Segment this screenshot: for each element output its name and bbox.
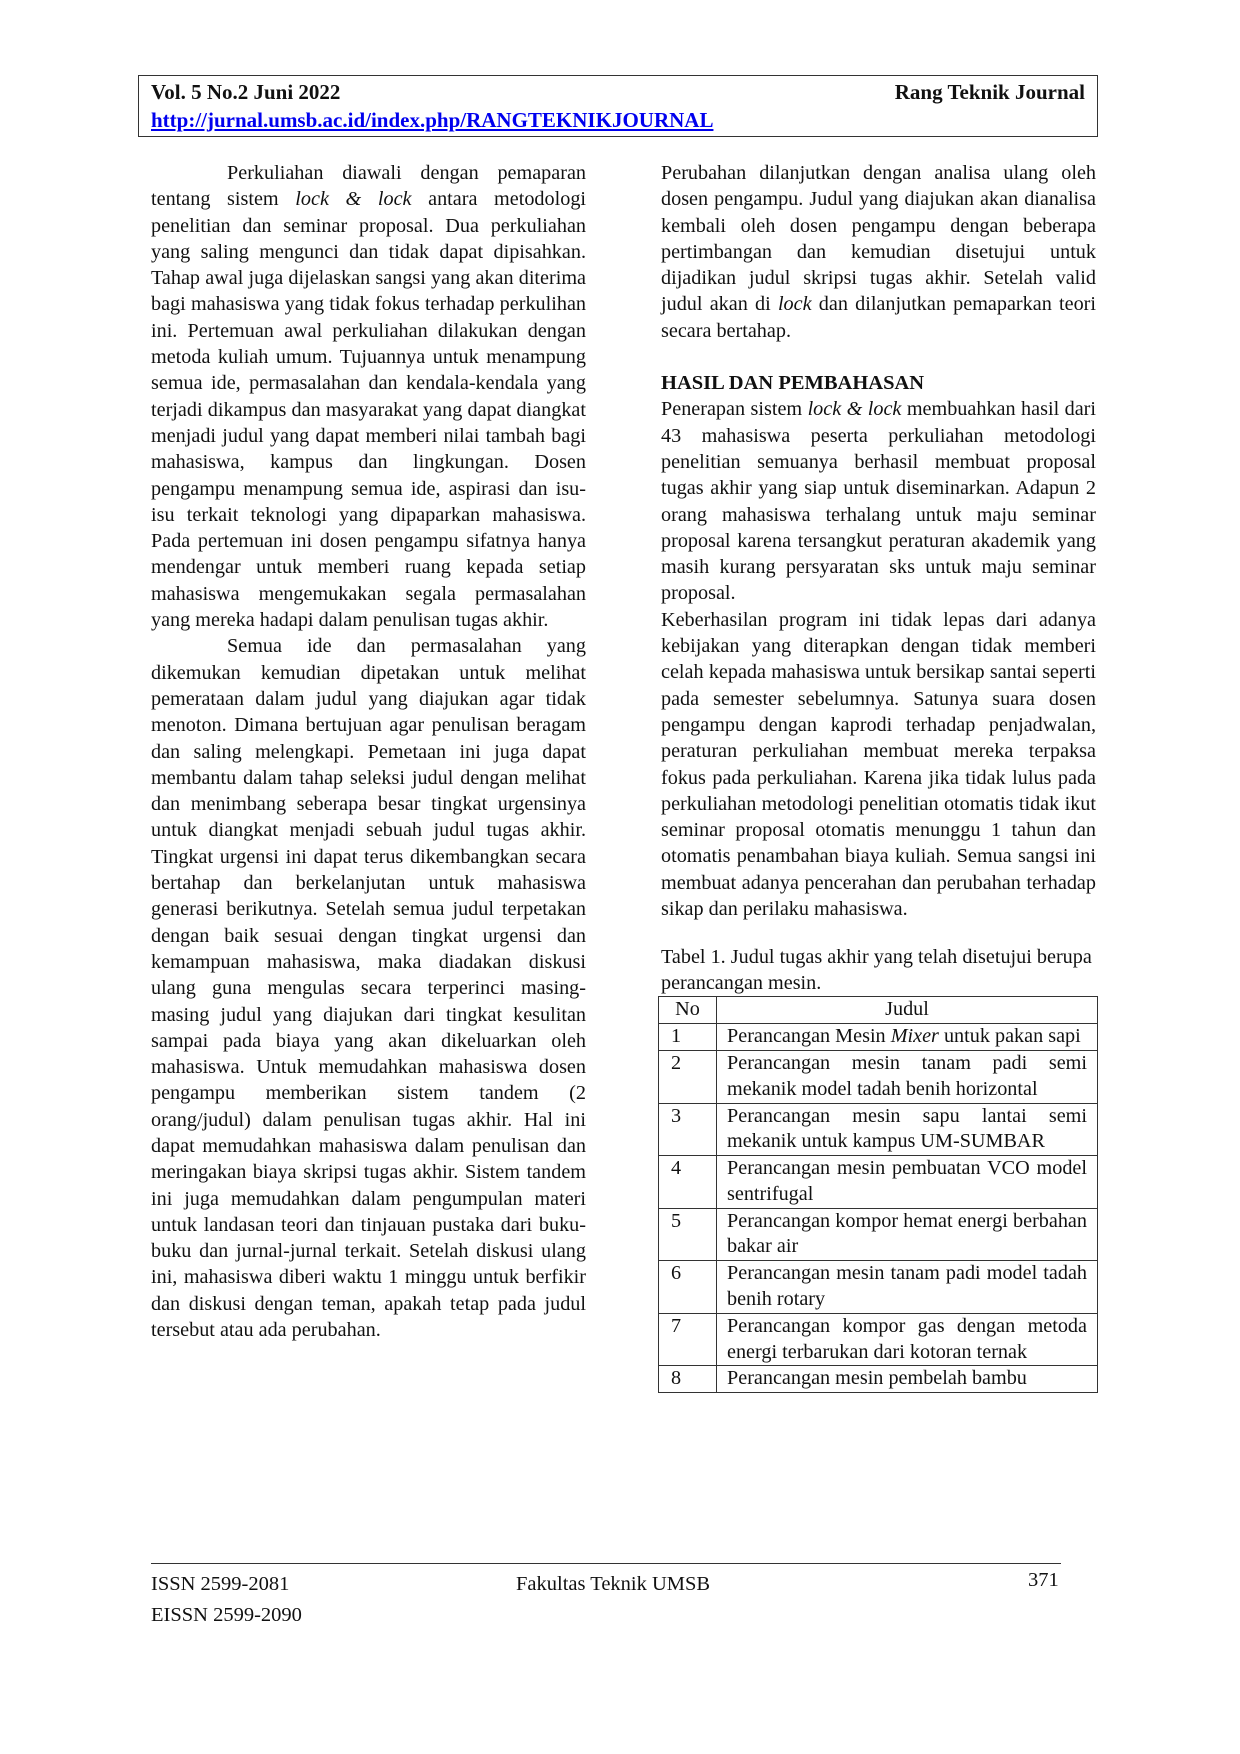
row-title: Perancangan kompor hemat energi berbahan… bbox=[717, 1208, 1098, 1261]
row-number: 1 bbox=[659, 1024, 717, 1051]
column-header-no: No bbox=[659, 997, 717, 1024]
table-row: 2 Perancangan mesin tanam padi semi meka… bbox=[659, 1050, 1098, 1103]
row-title: Perancangan mesin pembuatan VCO model se… bbox=[717, 1156, 1098, 1209]
paragraph-mapping: Semua ide dan permasalahan yang dikemuka… bbox=[151, 633, 586, 1343]
paragraph-intro: Perkuliahan diawali dengan pemaparan ten… bbox=[151, 160, 586, 633]
spacer bbox=[661, 344, 1096, 370]
table-caption: Tabel 1. Judul tugas akhir yang telah di… bbox=[661, 944, 1096, 996]
italic-term: lock bbox=[778, 293, 812, 315]
spacer bbox=[661, 922, 1096, 944]
row-title: Perancangan mesin sapu lantai semi mekan… bbox=[717, 1103, 1098, 1156]
row-title: Perancangan mesin pembelah bambu bbox=[717, 1366, 1098, 1393]
row-title: Perancangan mesin tanam padi semi mekani… bbox=[717, 1050, 1098, 1103]
journal-name: Rang Teknik Journal bbox=[895, 78, 1085, 106]
volume-info: Vol. 5 No.2 Juni 2022 bbox=[151, 78, 340, 106]
section-heading-results: HASIL DAN PEMBAHASAN bbox=[661, 370, 1096, 396]
header-top-row: Vol. 5 No.2 Juni 2022 Rang Teknik Journa… bbox=[151, 78, 1085, 106]
journal-url-link[interactable]: http://jurnal.umsb.ac.id/index.php/RANGT… bbox=[151, 108, 713, 132]
paragraph-analysis: Perubahan dilanjutkan dengan analisa ula… bbox=[661, 160, 1096, 344]
row-number: 8 bbox=[659, 1366, 717, 1393]
row-title: Perancangan Mesin Mixer untuk pakan sapi bbox=[717, 1024, 1098, 1051]
table-row: 7 Perancangan kompor gas dengan metoda e… bbox=[659, 1313, 1098, 1366]
text-run: Penerapan sistem bbox=[661, 398, 808, 420]
paragraph-success: Keberhasilan program ini tidak lepas dar… bbox=[661, 607, 1096, 923]
footer-issn: ISSN 2599-2081 bbox=[151, 1571, 289, 1597]
table-header-row: No Judul bbox=[659, 997, 1098, 1024]
paragraph-results: Penerapan sistem lock & lock membuahkan … bbox=[661, 396, 1096, 606]
text-run: membuahkan hasil dari 43 mahasiswa peser… bbox=[661, 398, 1096, 604]
text-run: antara metodologi penelitian dan seminar… bbox=[151, 188, 586, 631]
running-header: Vol. 5 No.2 Juni 2022 Rang Teknik Journa… bbox=[138, 75, 1098, 137]
right-column: Perubahan dilanjutkan dengan analisa ula… bbox=[661, 160, 1096, 1393]
row-number: 5 bbox=[659, 1208, 717, 1261]
footer-eissn: EISSN 2599-2090 bbox=[151, 1602, 302, 1628]
row-number: 7 bbox=[659, 1313, 717, 1366]
approved-titles-table: No Judul 1 Perancangan Mesin Mixer untuk… bbox=[658, 996, 1098, 1393]
table-row: 6 Perancangan mesin tanam padi model tad… bbox=[659, 1261, 1098, 1314]
left-column: Perkuliahan diawali dengan pemaparan ten… bbox=[151, 160, 586, 1343]
row-title: Perancangan mesin tanam padi model tadah… bbox=[717, 1261, 1098, 1314]
italic-term: lock & lock bbox=[295, 188, 411, 210]
row-number: 4 bbox=[659, 1156, 717, 1209]
footer-divider bbox=[151, 1563, 1061, 1564]
footer-faculty: Fakultas Teknik UMSB bbox=[516, 1571, 710, 1597]
table-row: 8 Perancangan mesin pembelah bambu bbox=[659, 1366, 1098, 1393]
italic-term: lock & lock bbox=[808, 398, 902, 420]
row-title: Perancangan kompor gas dengan metoda ene… bbox=[717, 1313, 1098, 1366]
table-row: 1 Perancangan Mesin Mixer untuk pakan sa… bbox=[659, 1024, 1098, 1051]
row-number: 2 bbox=[659, 1050, 717, 1103]
table-row: 4 Perancangan mesin pembuatan VCO model … bbox=[659, 1156, 1098, 1209]
table-row: 3 Perancangan mesin sapu lantai semi mek… bbox=[659, 1103, 1098, 1156]
column-header-judul: Judul bbox=[717, 997, 1098, 1024]
row-number: 6 bbox=[659, 1261, 717, 1314]
page-number: 371 bbox=[1028, 1567, 1059, 1593]
row-number: 3 bbox=[659, 1103, 717, 1156]
italic-term: Mixer bbox=[891, 1025, 939, 1047]
table-row: 5 Perancangan kompor hemat energi berbah… bbox=[659, 1208, 1098, 1261]
